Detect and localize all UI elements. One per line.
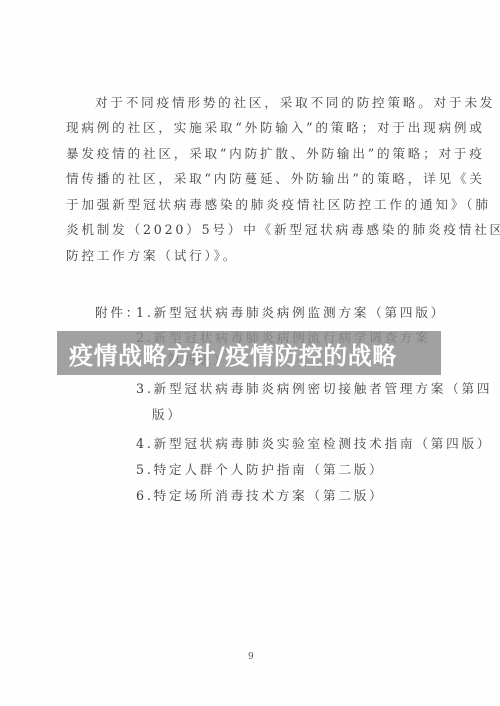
attachment-text: 新型冠状病毒肺炎病例密切接触者管理方案（第四 bbox=[154, 381, 493, 396]
attachments-label: 附件： bbox=[95, 305, 141, 321]
paragraph-line: 对于不同疫情形势的社区，采取不同的防控策略。对于未发 bbox=[95, 95, 495, 111]
banner-title: 疫情战略方针/疫情防控的战略 bbox=[69, 336, 397, 371]
paragraph-line: 现病例的社区，实施采取“外防输入”的策略；对于出现病例或 bbox=[66, 120, 485, 136]
paragraph-line: 情传播的社区，采取“内防蔓延、外防输出”的策略，详见《关 bbox=[66, 171, 485, 187]
attachment-item: 4.新型冠状病毒肺炎实验室检测技术指南（第四版） bbox=[136, 436, 492, 452]
paragraph-line: 暴发疫情的社区，采取“内防扩散、外防输出”的策略；对于疫 bbox=[66, 146, 485, 162]
title-banner: 疫情战略方针/疫情防控的战略 bbox=[57, 331, 441, 375]
paragraph-line: 于加强新型冠状病毒感染的肺炎疫情社区防控工作的通知》（肺 bbox=[66, 197, 491, 213]
attachment-number: 4. bbox=[136, 436, 154, 451]
attachment-number: 3. bbox=[136, 381, 154, 396]
attachment-number: 1. bbox=[136, 305, 154, 320]
paragraph-line: 炎机制发（2020）5号）中《新型冠状病毒感染的肺炎疫情社区 bbox=[66, 222, 500, 238]
attachment-text: 新型冠状病毒肺炎实验室检测技术指南（第四版） bbox=[154, 436, 493, 451]
attachment-item: 1.新型冠状病毒肺炎病例监测方案（第四版） bbox=[136, 305, 446, 321]
attachment-item: 3.新型冠状病毒肺炎病例密切接触者管理方案（第四 bbox=[136, 381, 492, 397]
paragraph-line: 防控工作方案（试行）》。 bbox=[66, 248, 238, 264]
attachment-number: 6. bbox=[136, 488, 154, 503]
page-number: 9 bbox=[248, 652, 254, 662]
attachment-text: 新型冠状病毒肺炎病例监测方案（第四版） bbox=[154, 305, 446, 320]
attachment-text: 特定场所消毒技术方案（第二版） bbox=[154, 488, 385, 503]
attachment-number: 5. bbox=[136, 462, 154, 477]
attachment-text: 特定人群个人防护指南（第二版） bbox=[154, 462, 385, 477]
attachment-item: 5.特定人群个人防护指南（第二版） bbox=[136, 462, 385, 478]
attachment-item: 6.特定场所消毒技术方案（第二版） bbox=[136, 488, 385, 504]
attachment-continuation: 版） bbox=[152, 407, 183, 423]
